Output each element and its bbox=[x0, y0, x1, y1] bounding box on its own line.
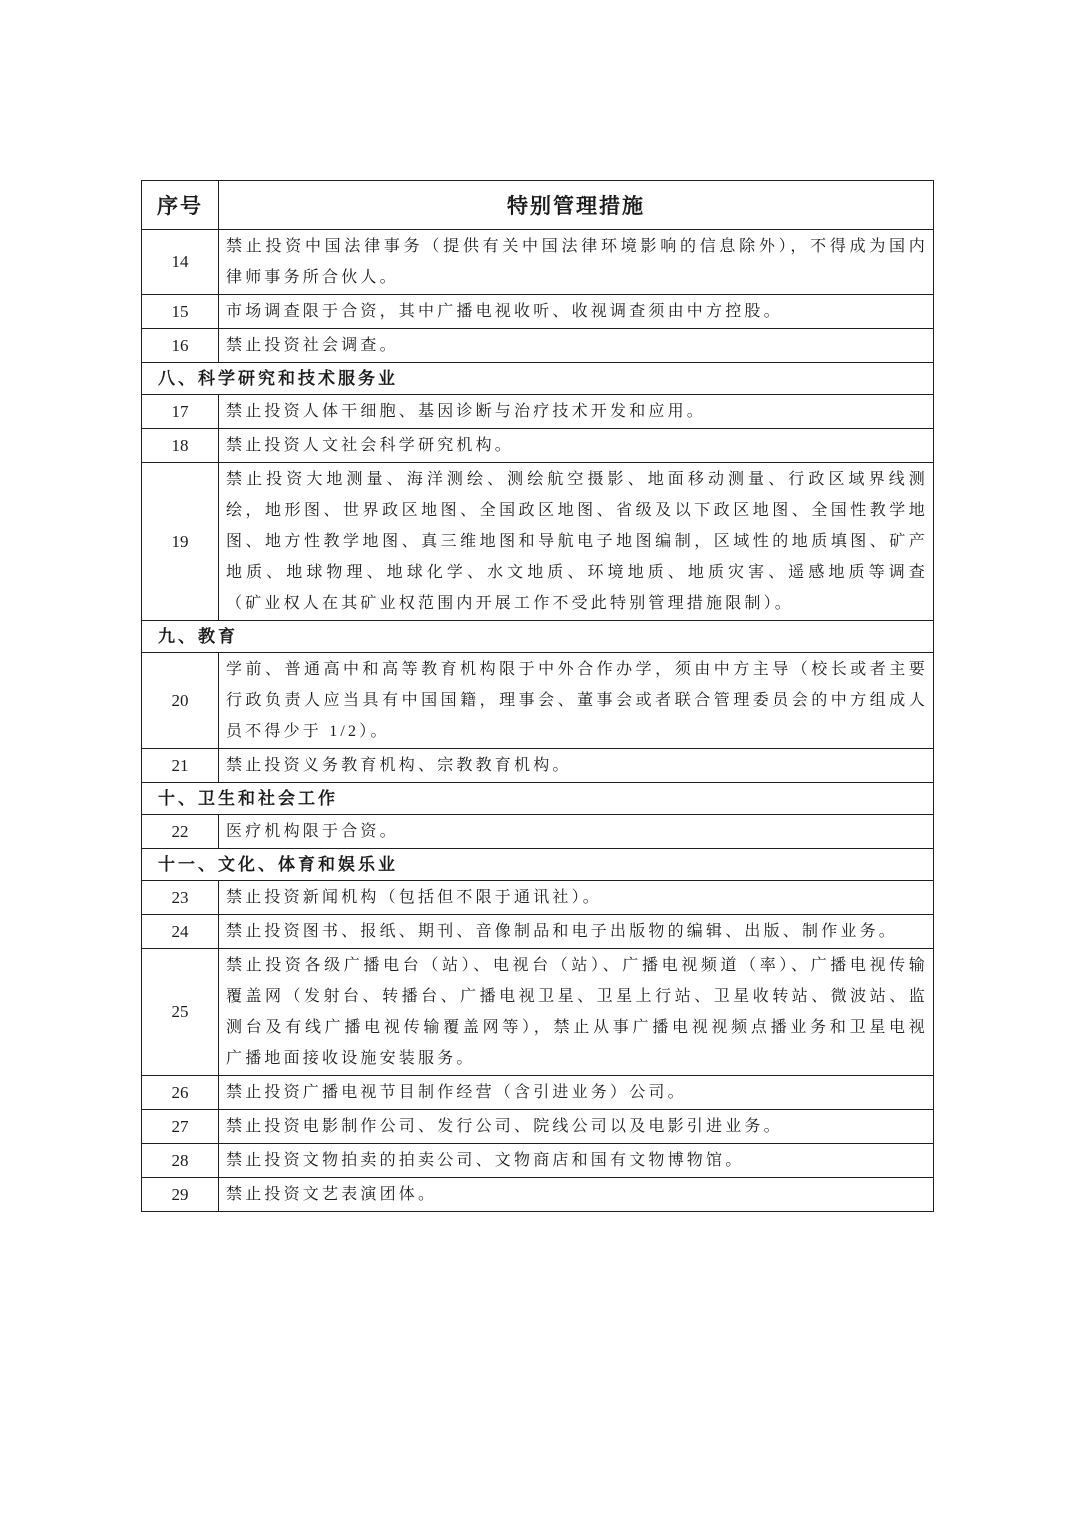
measure-text: 禁止投资文艺表演团体。 bbox=[219, 1178, 934, 1212]
row-number: 24 bbox=[142, 915, 219, 949]
table-header-row: 序号 特别管理措施 bbox=[142, 181, 934, 230]
table-row-27: 27 禁止投资电影制作公司、发行公司、院线公司以及电影引进业务。 bbox=[142, 1110, 934, 1144]
section-title: 十、卫生和社会工作 bbox=[142, 783, 934, 815]
section-title: 九、教育 bbox=[142, 621, 934, 653]
measure-text: 禁止投资文物拍卖的拍卖公司、文物商店和国有文物博物馆。 bbox=[219, 1144, 934, 1178]
section-row-science: 八、科学研究和技术服务业 bbox=[142, 363, 934, 395]
table-row-29: 29 禁止投资文艺表演团体。 bbox=[142, 1178, 934, 1212]
row-number: 19 bbox=[142, 463, 219, 621]
row-number: 29 bbox=[142, 1178, 219, 1212]
measure-text: 禁止投资广播电视节目制作经营（含引进业务）公司。 bbox=[219, 1076, 934, 1110]
measure-text: 禁止投资人文社会科学研究机构。 bbox=[219, 429, 934, 463]
table-row-16: 16 禁止投资社会调查。 bbox=[142, 329, 934, 363]
row-number: 28 bbox=[142, 1144, 219, 1178]
measure-text: 医疗机构限于合资。 bbox=[219, 815, 934, 849]
table-row-21: 21 禁止投资义务教育机构、宗教教育机构。 bbox=[142, 749, 934, 783]
row-number: 20 bbox=[142, 653, 219, 749]
row-number: 23 bbox=[142, 881, 219, 915]
table-row-25: 25 禁止投资各级广播电台（站）、电视台（站）、广播电视频道（率）、广播电视传输… bbox=[142, 949, 934, 1076]
row-number: 17 bbox=[142, 395, 219, 429]
row-number: 18 bbox=[142, 429, 219, 463]
row-number: 26 bbox=[142, 1076, 219, 1110]
table-row-14: 14 禁止投资中国法律事务（提供有关中国法律环境影响的信息除外），不得成为国内律… bbox=[142, 230, 934, 295]
measure-text: 禁止投资图书、报纸、期刊、音像制品和电子出版物的编辑、出版、制作业务。 bbox=[219, 915, 934, 949]
header-serial-number: 序号 bbox=[142, 181, 219, 230]
table-row-22: 22 医疗机构限于合资。 bbox=[142, 815, 934, 849]
measure-text: 禁止投资社会调查。 bbox=[219, 329, 934, 363]
row-number: 21 bbox=[142, 749, 219, 783]
section-row-education: 九、教育 bbox=[142, 621, 934, 653]
special-measures-table: 序号 特别管理措施 14 禁止投资中国法律事务（提供有关中国法律环境影响的信息除… bbox=[141, 180, 934, 1212]
document-page: 序号 特别管理措施 14 禁止投资中国法律事务（提供有关中国法律环境影响的信息除… bbox=[0, 0, 1074, 1520]
table-row-23: 23 禁止投资新闻机构（包括但不限于通讯社）。 bbox=[142, 881, 934, 915]
row-number: 25 bbox=[142, 949, 219, 1076]
row-number: 15 bbox=[142, 295, 219, 329]
section-title: 十一、文化、体育和娱乐业 bbox=[142, 849, 934, 881]
measure-text: 禁止投资新闻机构（包括但不限于通讯社）。 bbox=[219, 881, 934, 915]
measure-text: 市场调查限于合资，其中广播电视收听、收视调查须由中方控股。 bbox=[219, 295, 934, 329]
table-row-19: 19 禁止投资大地测量、海洋测绘、测绘航空摄影、地面移动测量、行政区域界线测绘，… bbox=[142, 463, 934, 621]
section-title: 八、科学研究和技术服务业 bbox=[142, 363, 934, 395]
table-row-28: 28 禁止投资文物拍卖的拍卖公司、文物商店和国有文物博物馆。 bbox=[142, 1144, 934, 1178]
measure-text: 禁止投资各级广播电台（站）、电视台（站）、广播电视频道（率）、广播电视传输覆盖网… bbox=[219, 949, 934, 1076]
section-row-culture: 十一、文化、体育和娱乐业 bbox=[142, 849, 934, 881]
table-row-15: 15 市场调查限于合资，其中广播电视收听、收视调查须由中方控股。 bbox=[142, 295, 934, 329]
row-number: 14 bbox=[142, 230, 219, 295]
row-number: 16 bbox=[142, 329, 219, 363]
row-number: 27 bbox=[142, 1110, 219, 1144]
measure-text: 禁止投资电影制作公司、发行公司、院线公司以及电影引进业务。 bbox=[219, 1110, 934, 1144]
header-special-measures: 特别管理措施 bbox=[219, 181, 934, 230]
table-row-18: 18 禁止投资人文社会科学研究机构。 bbox=[142, 429, 934, 463]
row-number: 22 bbox=[142, 815, 219, 849]
table-row-26: 26 禁止投资广播电视节目制作经营（含引进业务）公司。 bbox=[142, 1076, 934, 1110]
measure-text: 禁止投资人体干细胞、基因诊断与治疗技术开发和应用。 bbox=[219, 395, 934, 429]
table-row-17: 17 禁止投资人体干细胞、基因诊断与治疗技术开发和应用。 bbox=[142, 395, 934, 429]
table-row-20: 20 学前、普通高中和高等教育机构限于中外合作办学，须由中方主导（校长或者主要行… bbox=[142, 653, 934, 749]
measure-text: 禁止投资大地测量、海洋测绘、测绘航空摄影、地面移动测量、行政区域界线测绘，地形图… bbox=[219, 463, 934, 621]
measure-text: 禁止投资中国法律事务（提供有关中国法律环境影响的信息除外），不得成为国内律师事务… bbox=[219, 230, 934, 295]
section-row-health: 十、卫生和社会工作 bbox=[142, 783, 934, 815]
measure-text: 禁止投资义务教育机构、宗教教育机构。 bbox=[219, 749, 934, 783]
table-row-24: 24 禁止投资图书、报纸、期刊、音像制品和电子出版物的编辑、出版、制作业务。 bbox=[142, 915, 934, 949]
measure-text: 学前、普通高中和高等教育机构限于中外合作办学，须由中方主导（校长或者主要行政负责… bbox=[219, 653, 934, 749]
